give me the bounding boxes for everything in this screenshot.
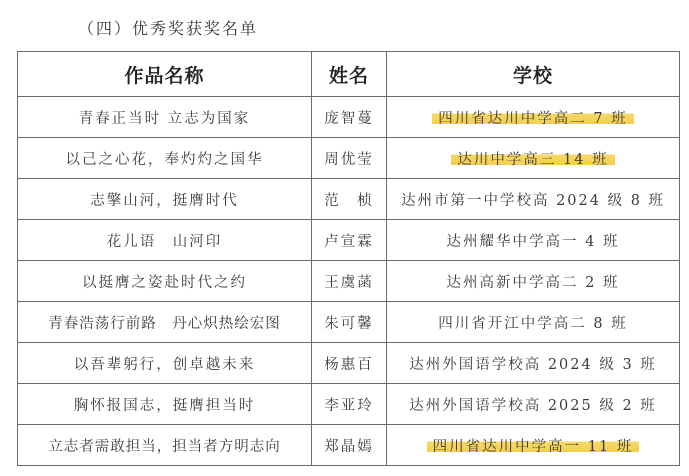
school-text: 达州高新中学高二 2 班 [447, 271, 620, 292]
cell-school: 达州市第一中学校高 2024 级 8 班 [387, 179, 680, 220]
cell-work-title: 以挺膺之姿赴时代之约 [18, 261, 312, 302]
cell-name: 卢宣霖 [312, 220, 387, 261]
school-text: 达州外国语学校高 2025 级 2 班 [409, 394, 657, 415]
header-school: 学校 [387, 52, 680, 97]
cell-school: 达州高新中学高二 2 班 [387, 261, 680, 302]
cell-school: 达州外国语学校高 2025 级 2 班 [387, 384, 680, 425]
header-name: 姓名 [312, 52, 387, 97]
school-text: 达州市第一中学校高 2024 级 8 班 [401, 189, 665, 210]
table-row: 立志者需敢担当，担当者方明志向 郑晶嫣 四川省达川中学高一 11 班 [18, 425, 680, 466]
cell-name: 郑晶嫣 [312, 425, 387, 466]
cell-name: 周优莹 [312, 138, 387, 179]
cell-name: 范 桢 [312, 179, 387, 220]
cell-work-title: 志擎山河，挺膺时代 [18, 179, 312, 220]
cell-work-title: 以己之心花，奉灼灼之国华 [18, 138, 312, 179]
cell-school: 四川省达川中学高一 11 班 [387, 425, 680, 466]
highlighted-school: 达川中学高三 14 班 [451, 148, 614, 169]
table-row: 以吾辈躬行，创卓越未来 杨惠百 达州外国语学校高 2024 级 3 班 [18, 343, 680, 384]
table-row: 青春浩荡行前路 丹心炽热绘宏图 朱可馨 四川省开江中学高二 8 班 [18, 302, 680, 343]
cell-school: 四川省开江中学高二 8 班 [387, 302, 680, 343]
cell-work-title: 花儿语 山河印 [18, 220, 312, 261]
cell-work-title: 青春浩荡行前路 丹心炽热绘宏图 [18, 302, 312, 343]
cell-work-title: 胸怀报国志，挺膺担当时 [18, 384, 312, 425]
table-row: 花儿语 山河印 卢宣霖 达州耀华中学高一 4 班 [18, 220, 680, 261]
school-text: 达州耀华中学高一 4 班 [447, 230, 620, 251]
school-text: 四川省开江中学高二 8 班 [438, 312, 627, 333]
table-row: 以己之心花，奉灼灼之国华 周优莹 达川中学高三 14 班 [18, 138, 680, 179]
cell-school: 达州外国语学校高 2024 级 3 班 [387, 343, 680, 384]
highlighted-school: 四川省达川中学高二 7 班 [432, 107, 633, 128]
cell-name: 王虞菡 [312, 261, 387, 302]
cell-work-title: 青春正当时 立志为国家 [18, 97, 312, 138]
school-text: 达州外国语学校高 2024 级 3 班 [409, 353, 657, 374]
cell-name: 朱可馨 [312, 302, 387, 343]
cell-school: 达州耀华中学高一 4 班 [387, 220, 680, 261]
cell-school: 达川中学高三 14 班 [387, 138, 680, 179]
cell-name: 庞智蔓 [312, 97, 387, 138]
cell-name: 李亚玲 [312, 384, 387, 425]
table-row: 以挺膺之姿赴时代之约 王虞菡 达州高新中学高二 2 班 [18, 261, 680, 302]
highlighted-school: 四川省达川中学高一 11 班 [427, 435, 640, 456]
cell-work-title: 以吾辈躬行，创卓越未来 [18, 343, 312, 384]
table-row: 青春正当时 立志为国家 庞智蔓 四川省达川中学高二 7 班 [18, 97, 680, 138]
cell-name: 杨惠百 [312, 343, 387, 384]
table-header-row: 作品名称 姓名 学校 [18, 52, 680, 97]
table-row: 志擎山河，挺膺时代 范 桢 达州市第一中学校高 2024 级 8 班 [18, 179, 680, 220]
award-table: 作品名称 姓名 学校 青春正当时 立志为国家 庞智蔓 四川省达川中学高二 7 班… [17, 51, 680, 466]
cell-work-title: 立志者需敢担当，担当者方明志向 [18, 425, 312, 466]
header-work-title: 作品名称 [18, 52, 312, 97]
section-title: （四）优秀奖获奖名单 [78, 16, 258, 39]
cell-school: 四川省达川中学高二 7 班 [387, 97, 680, 138]
table-row: 胸怀报国志，挺膺担当时 李亚玲 达州外国语学校高 2025 级 2 班 [18, 384, 680, 425]
